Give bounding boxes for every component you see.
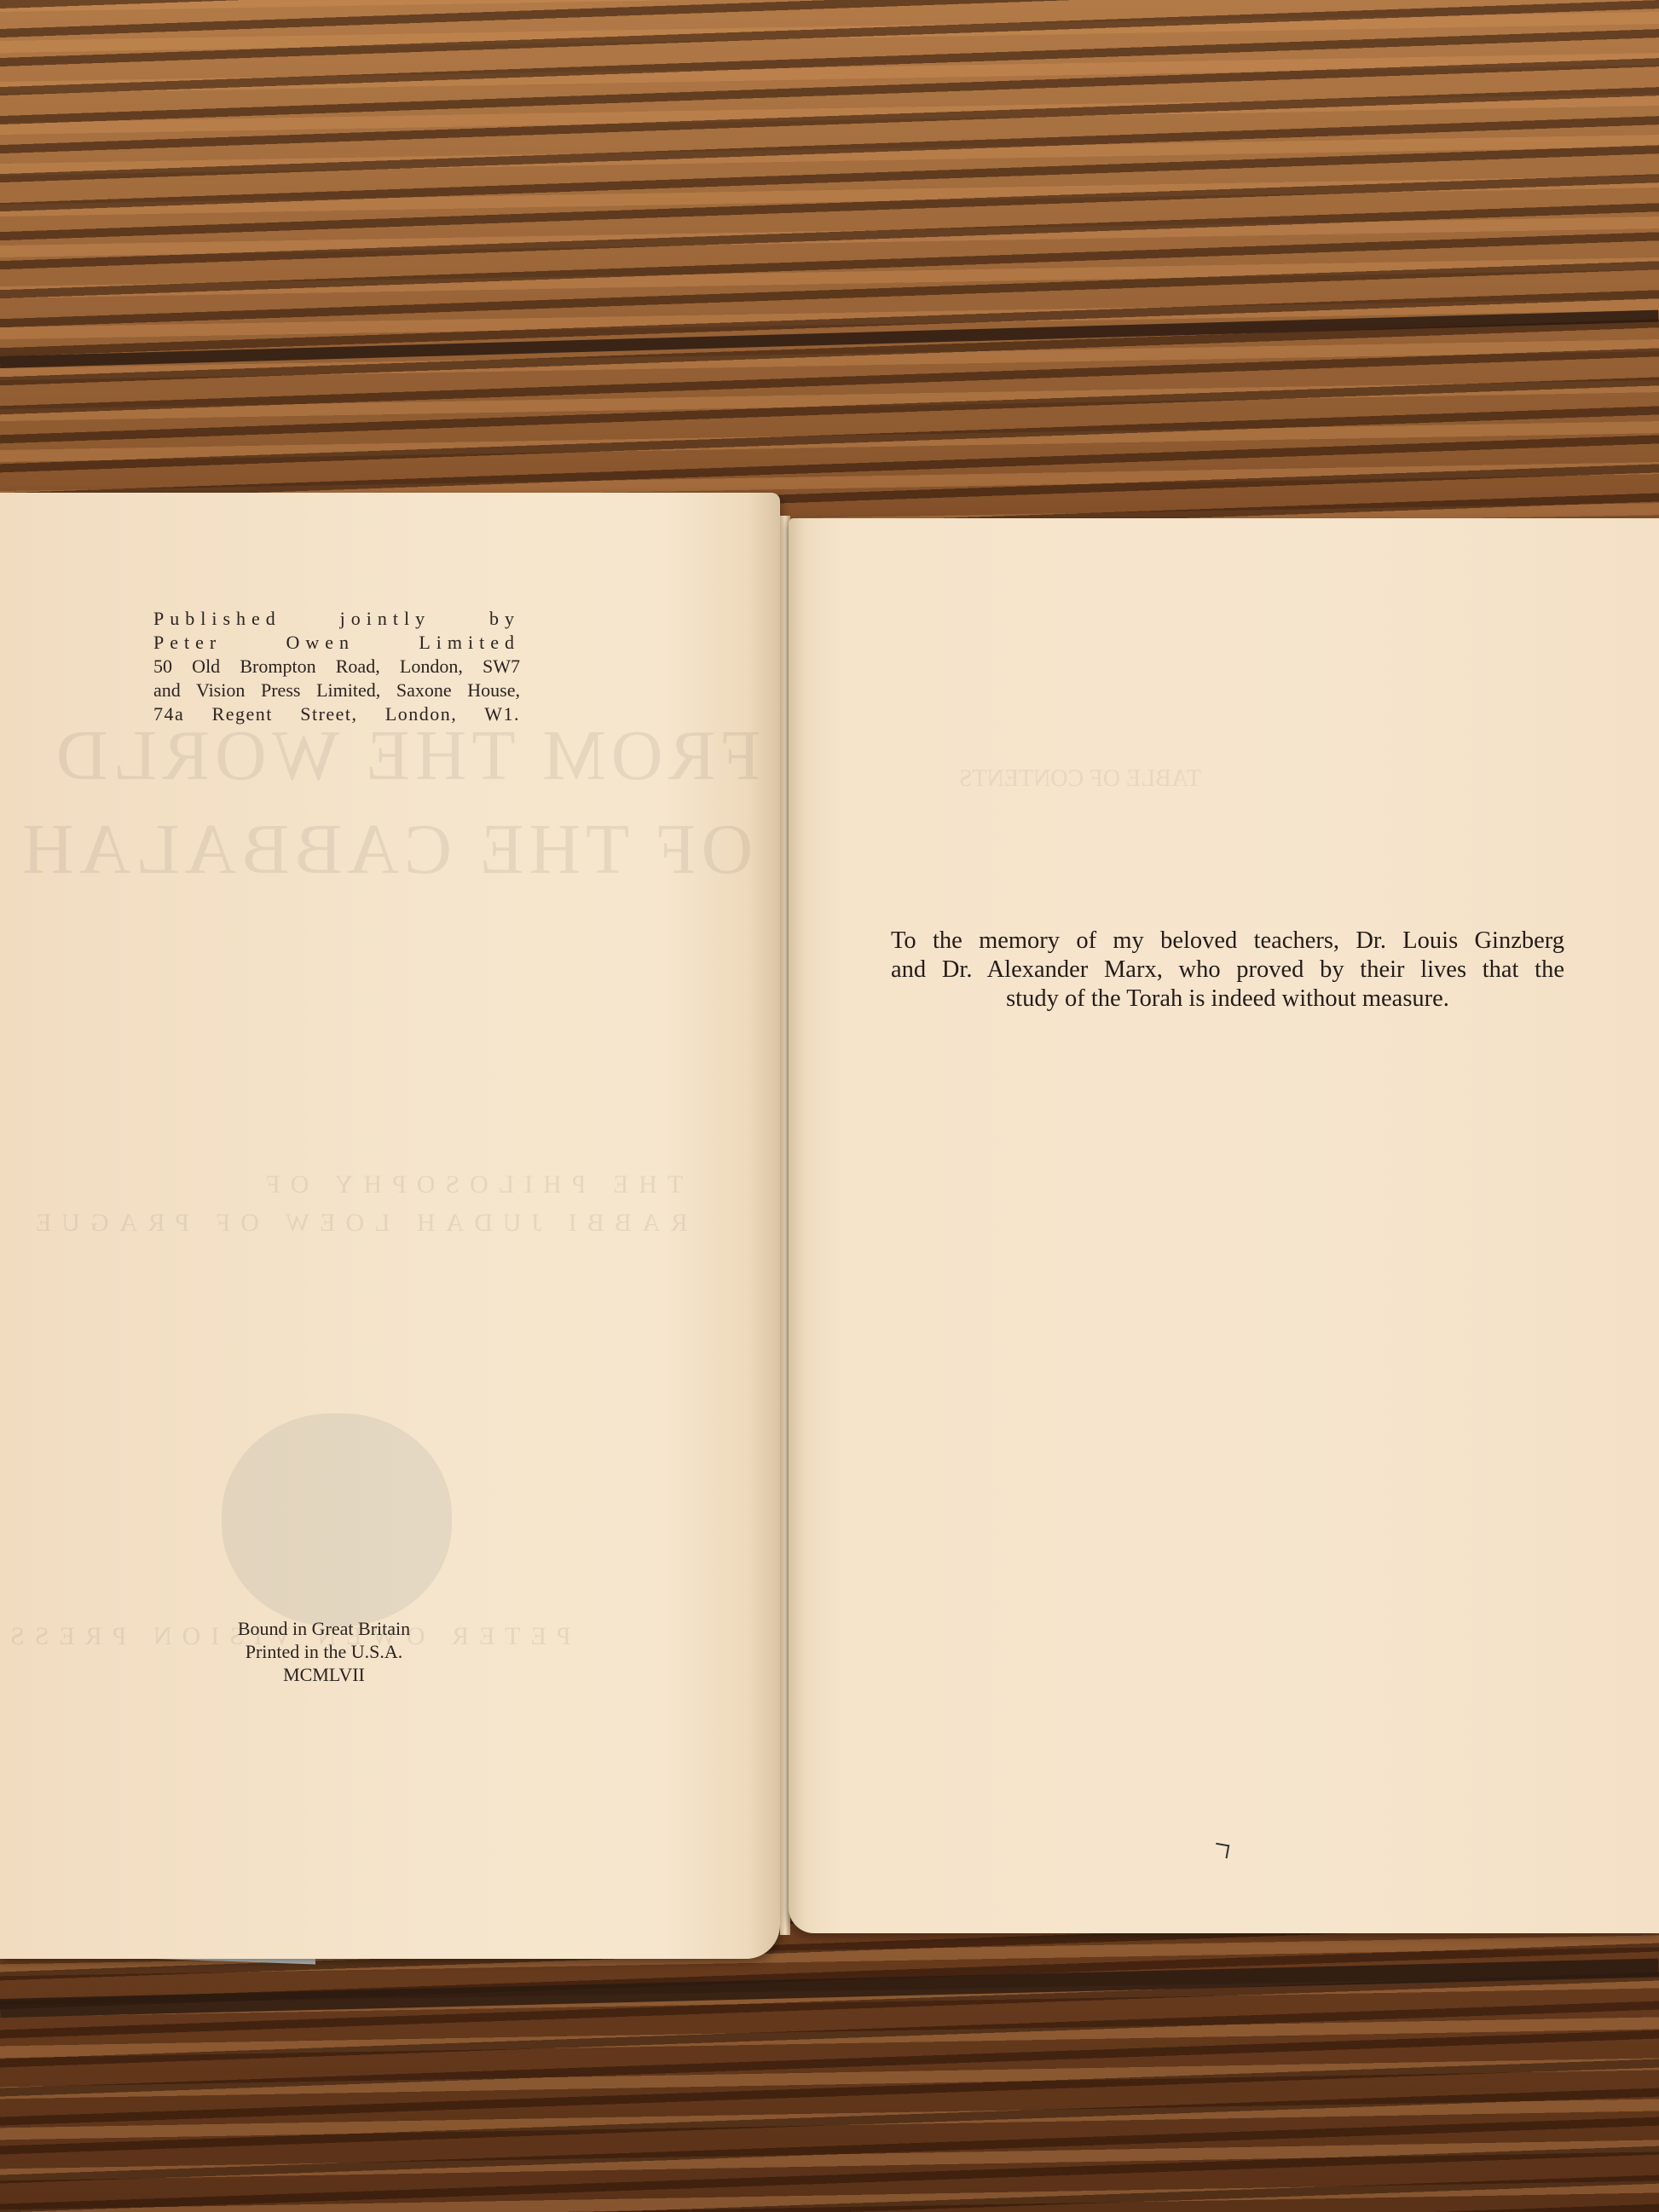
show-through-emblem: [222, 1413, 452, 1626]
imprint-line: Published jointly by: [153, 607, 520, 631]
show-through-subtitle-1: THE PHILOSOPHY OF: [256, 1170, 683, 1199]
right-page: TABLE OF CONTENTS To the memory of my be…: [789, 518, 1659, 1933]
colophon-line: Bound in Great Britain: [205, 1617, 443, 1640]
show-through-toc-heading: TABLE OF CONTENTS: [959, 765, 1201, 793]
show-through-title-2: OF THE CABBALAH: [17, 808, 753, 891]
pencil-mark: [1214, 1843, 1230, 1859]
dedication-line: study of the Torah is indeed without mea…: [891, 985, 1564, 1014]
imprint-line: Peter Owen Limited: [153, 631, 520, 655]
colophon-line: Printed in the U.S.A.: [205, 1640, 443, 1663]
colophon: Bound in Great Britain Printed in the U.…: [205, 1617, 443, 1686]
publisher-imprint: Published jointly by Peter Owen Limited …: [153, 607, 520, 726]
dedication-line: To the memory of my beloved teachers, Dr…: [891, 927, 1564, 956]
show-through-title-1: FROM THE WORLD: [51, 714, 760, 797]
imprint-line: 74a Regent Street, London, W1.: [153, 702, 520, 726]
dedication-line: and Dr. Alexander Marx, who proved by th…: [891, 956, 1564, 985]
show-through-subtitle-2: RABBI JUDAH LOEW OF PRAGUE: [26, 1209, 687, 1238]
dedication: To the memory of my beloved teachers, Dr…: [891, 927, 1564, 1014]
imprint-line: 50 Old Brompton Road, London, SW7: [153, 655, 520, 679]
imprint-line: and Vision Press Limited, Saxone House,: [153, 679, 520, 702]
left-page: FROM THE WORLD OF THE CABBALAH THE PHILO…: [0, 493, 780, 1959]
colophon-line: MCMLVII: [205, 1663, 443, 1686]
